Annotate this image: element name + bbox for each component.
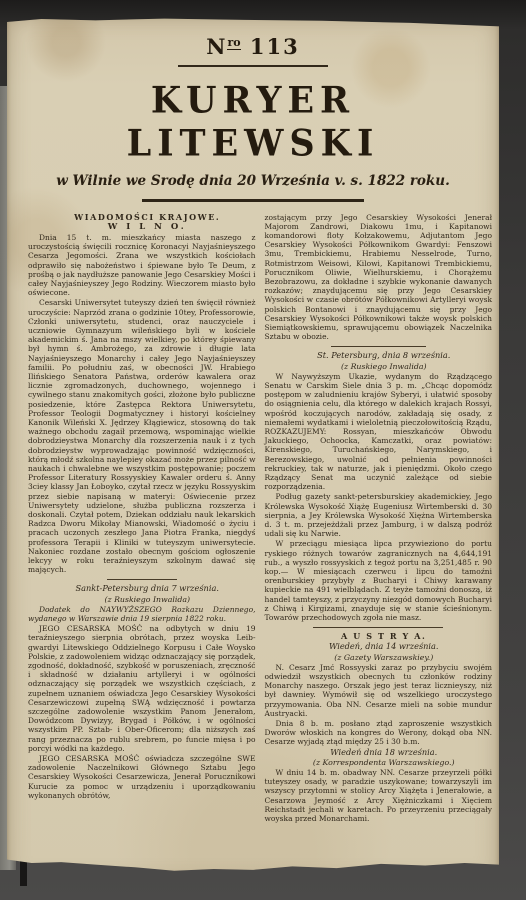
article-paragraph: Dnia 8 b. m. posłano ztąd zaproszenie ws…	[265, 719, 493, 747]
divider-rule	[331, 346, 426, 347]
divider-rule	[313, 627, 443, 628]
issue-number-sup: ro	[227, 36, 240, 50]
article-paragraph: Dnia 15 t. m. mieszkańcy miasta naszego …	[28, 233, 256, 297]
article-paragraph: N. Cesarz Jmć Rossyyski zaraz po przybyc…	[265, 663, 493, 718]
dateline-heading-petersburg-8: St. Petersburg, dnia 8 września.	[265, 351, 493, 360]
article-paragraph: JEGO CESARSKA MOŚĆ na odbytych w dniu 19…	[28, 624, 256, 753]
dateline-heading-petersburg-7: Sankt-Petersburg dnia 7 września.	[28, 584, 256, 593]
article-paragraph: JEGO CESARSKA MOŚĆ oświadcza szczególne …	[28, 754, 256, 800]
article-paragraph: Podług gazety sankt-petersburskiey akade…	[265, 492, 493, 538]
dateline-heading-wien-14: Wiedeń, dnia 14 września.	[265, 642, 493, 651]
right-column: zostającym przy Jego Cesarskiey Wysokośc…	[265, 213, 493, 824]
newspaper-title: KURYER LITEWSKI	[7, 79, 499, 165]
masthead-rule-top	[178, 65, 328, 67]
source-note: (z Ruskiego Inwalida)	[28, 595, 256, 604]
article-paragraph: Dodatek do NAYWYŻSZEGO Rozkazu Dziennego…	[28, 605, 256, 623]
masthead: Nro 113 KURYER LITEWSKI w Wilnie we Srod…	[7, 16, 499, 202]
article-paragraph: W przeciągu miesiąca lipca przywieziono …	[265, 539, 493, 622]
article-paragraph: W dniu 14 b. m. obadway NN. Cesarze prze…	[265, 768, 493, 823]
issue-number: Nro 113	[7, 34, 499, 59]
newspaper-page: Nro 113 KURYER LITEWSKI w Wilnie we Srod…	[7, 16, 499, 882]
article-paragraph: Cesarski Uniwersytet tuteyszy dzień ten …	[28, 298, 256, 574]
left-column: WIADOMOŚCI KRAJOWE. W I L N O. Dnia 15 t…	[28, 213, 256, 824]
source-note: (z Ruskiego Inwalida)	[265, 362, 493, 371]
article-paragraph: W Naywyższym Ukazie, wydanym do Rządzące…	[265, 372, 493, 492]
section-heading-austria: A U S T R Y A.	[265, 632, 493, 641]
source-note: (z Gazety Warszawskiey.)	[265, 653, 493, 662]
section-heading-wilno: W I L N O.	[28, 223, 256, 232]
publication-dateline: w Wilnie we Srodę dnia 20 Września v. s.…	[7, 173, 499, 189]
section-heading-domestic-news: WIADOMOŚCI KRAJOWE.	[28, 213, 256, 222]
article-paragraph-continued: zostającym przy Jego Cesarskiey Wysokośc…	[265, 213, 493, 342]
divider-rule	[107, 579, 177, 580]
source-note: (z Korrespondenta Warszawskiego.)	[265, 758, 493, 767]
article-columns: WIADOMOŚCI KRAJOWE. W I L N O. Dnia 15 t…	[7, 202, 499, 824]
dateline-heading-wien-18: Wiedeń dnia 18 września.	[265, 748, 493, 757]
